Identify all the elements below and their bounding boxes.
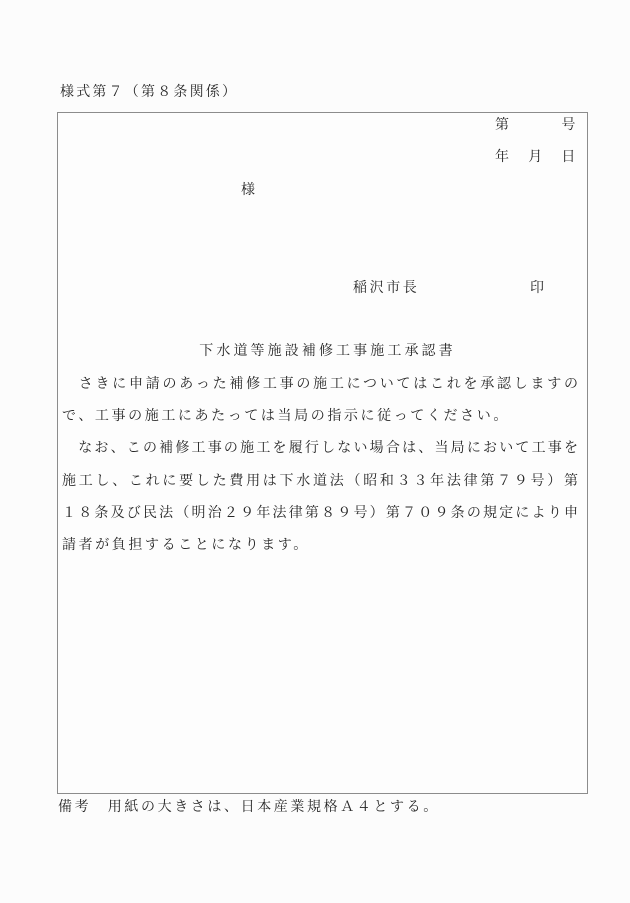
form-number-label: 様式第７（第８条関係） [60, 83, 238, 103]
document-page: 様式第７（第８条関係） 第 号 年 月 日 様 稲沢市長 印 下水道等施設補修工… [0, 0, 630, 903]
sender-row: 稲沢市長 印 [58, 279, 587, 299]
document-border-box: 第 号 年 月 日 様 稲沢市長 印 下水道等施設補修工事施工承認書 さきに申請… [57, 112, 588, 794]
remarks-note: 備考 用紙の大きさは、日本産業規格Ａ４とする。 [58, 798, 440, 818]
sender-name: 稲沢市長 [353, 279, 419, 299]
body-line: なお、この補修工事の施工を履行しない場合は、当局において工事を [62, 433, 580, 465]
body-line: 請者が負担することになります。 [62, 530, 580, 562]
body-line: で、工事の施工にあたっては当局の指示に従ってください。 [62, 401, 580, 433]
addressee-suffix: 様 [241, 181, 258, 201]
body-line: 施工し、これに要した費用は下水道法（昭和３３年法律第７９号）第 [62, 466, 580, 498]
seal-mark: 印 [530, 279, 547, 299]
document-body: さきに申請のあった補修工事の施工についてはこれを承認しますの で、工事の施工にあ… [62, 369, 580, 562]
body-line: さきに申請のあった補修工事の施工についてはこれを承認しますの [62, 369, 580, 401]
document-title: 下水道等施設補修工事施工承認書 [68, 341, 587, 363]
body-line: １８条及び民法（明治２９年法律第８９号）第７０９条の規定により申 [62, 498, 580, 530]
document-date-line: 年 月 日 [58, 148, 578, 168]
document-number-line: 第 号 [58, 116, 578, 136]
